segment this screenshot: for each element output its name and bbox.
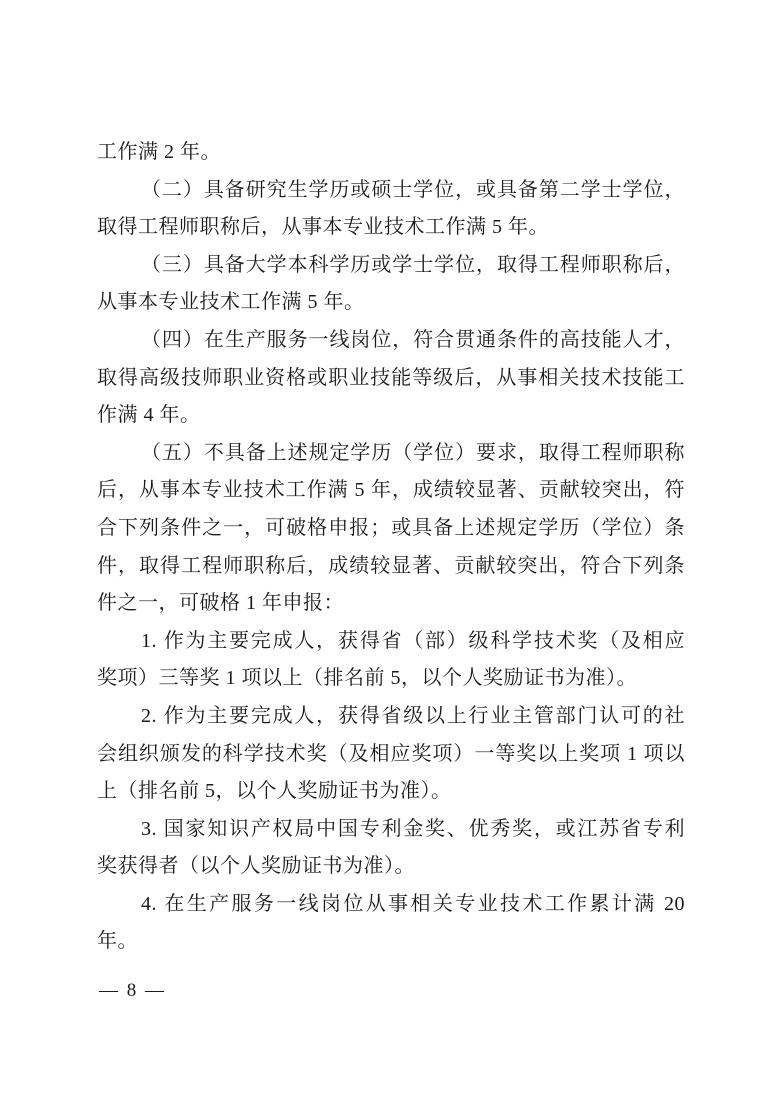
- text-line: 后，从事本专业技术工作满 5 年，成绩较显著、贡献较突出，符: [97, 472, 685, 510]
- document-page: 工作满 2 年。（二）具备研究生学历或硕士学位，或具备第二学士学位，取得工程师职…: [0, 0, 777, 1099]
- text-line: 件，取得工程师职称后，成绩较显著、贡献较突出，符合下列条: [97, 548, 685, 586]
- text-line: 件之一，可破格 1 年申报：: [97, 585, 685, 623]
- text-line: （五）不具备上述规定学历（学位）要求，取得工程师职称: [97, 435, 685, 473]
- para-clause-2: （二）具备研究生学历或硕士学位，或具备第二学士学位，取得工程师职称后，从事本专业…: [97, 172, 685, 247]
- text-line: 取得高级技师职业资格或职业技能等级后，从事相关技术技能工: [97, 360, 685, 398]
- para-continuation: 工作满 2 年。: [97, 134, 685, 172]
- text-line: 3. 国家知识产权局中国专利金奖、优秀奖，或江苏省专利: [97, 811, 685, 849]
- text-line: 2. 作为主要完成人，获得省级以上行业主管部门认可的社: [97, 698, 685, 736]
- para-clause-3: （三）具备大学本科学历或学士学位，取得工程师职称后，从事本专业技术工作满 5 年…: [97, 247, 685, 322]
- para-item-3: 3. 国家知识产权局中国专利金奖、优秀奖，或江苏省专利奖获得者（以个人奖励证书为…: [97, 811, 685, 886]
- document-body: 工作满 2 年。（二）具备研究生学历或硕士学位，或具备第二学士学位，取得工程师职…: [97, 134, 685, 961]
- page-number: — 8 —: [99, 978, 166, 1004]
- para-item-1: 1. 作为主要完成人，获得省（部）级科学技术奖（及相应奖项）三等奖 1 项以上（…: [97, 623, 685, 698]
- text-line: （二）具备研究生学历或硕士学位，或具备第二学士学位，: [97, 172, 685, 210]
- text-line: 会组织颁发的科学技术奖（及相应奖项）一等奖以上奖项 1 项以: [97, 736, 685, 774]
- text-line: 奖项）三等奖 1 项以上（排名前 5，以个人奖励证书为准）。: [97, 660, 685, 698]
- text-line: （四）在生产服务一线岗位，符合贯通条件的高技能人才，: [97, 322, 685, 360]
- text-line: 工作满 2 年。: [97, 134, 685, 172]
- text-line: 1. 作为主要完成人，获得省（部）级科学技术奖（及相应: [97, 623, 685, 661]
- text-line: 上（排名前 5，以个人奖励证书为准）。: [97, 773, 685, 811]
- para-item-2: 2. 作为主要完成人，获得省级以上行业主管部门认可的社会组织颁发的科学技术奖（及…: [97, 698, 685, 811]
- text-line: 合下列条件之一，可破格申报；或具备上述规定学历（学位）条: [97, 510, 685, 548]
- text-line: （三）具备大学本科学历或学士学位，取得工程师职称后，: [97, 247, 685, 285]
- para-item-4: 4. 在生产服务一线岗位从事相关专业技术工作累计满 20年。: [97, 886, 685, 961]
- text-line: 作满 4 年。: [97, 397, 685, 435]
- para-clause-4: （四）在生产服务一线岗位，符合贯通条件的高技能人才，取得高级技师职业资格或职业技…: [97, 322, 685, 435]
- text-line: 年。: [97, 923, 685, 961]
- para-clause-5: （五）不具备上述规定学历（学位）要求，取得工程师职称后，从事本专业技术工作满 5…: [97, 435, 685, 623]
- text-line: 4. 在生产服务一线岗位从事相关专业技术工作累计满 20: [97, 886, 685, 924]
- text-line: 奖获得者（以个人奖励证书为准）。: [97, 848, 685, 886]
- text-line: 从事本专业技术工作满 5 年。: [97, 284, 685, 322]
- text-line: 取得工程师职称后，从事本专业技术工作满 5 年。: [97, 209, 685, 247]
